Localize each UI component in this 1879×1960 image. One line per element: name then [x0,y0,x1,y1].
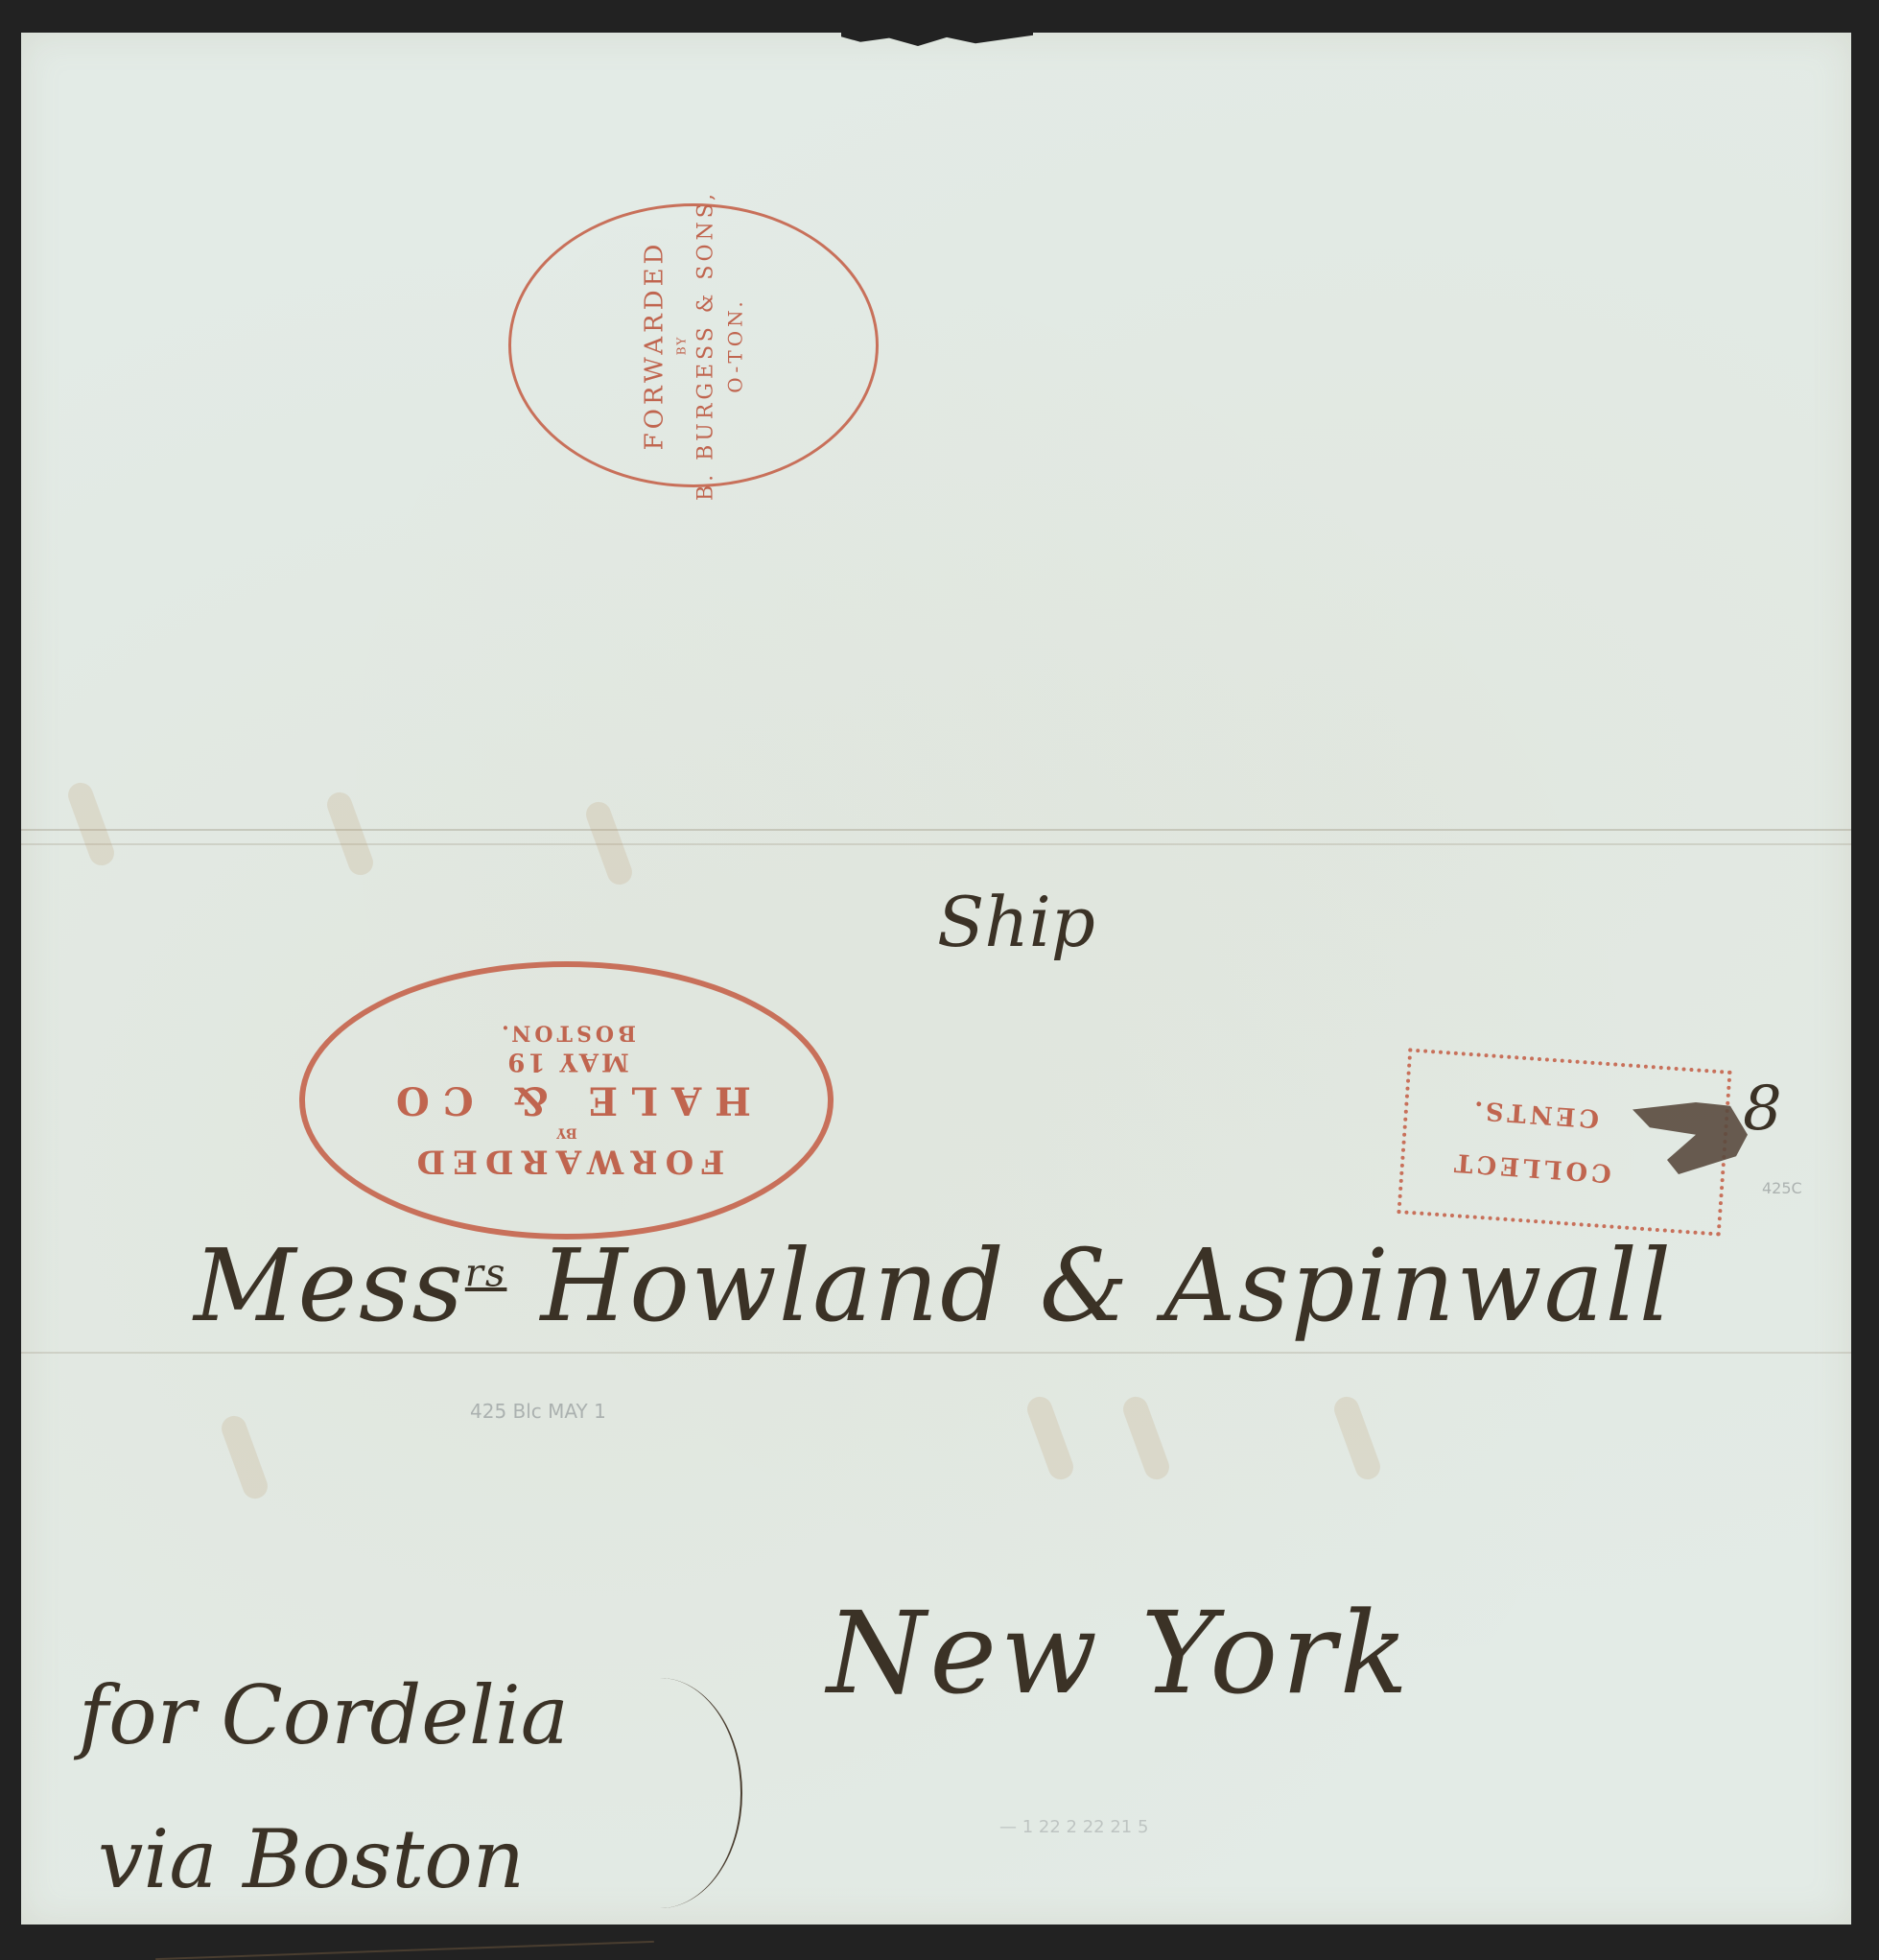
fold-line [21,829,1851,831]
toning-stain [64,779,117,868]
addressee-superscript: rs [465,1251,507,1295]
handstamp-text: FORWARDED [641,241,669,451]
handstamp-text: BY [556,1125,577,1141]
underline-flourish [155,1941,654,1960]
addressee-name: Howland & Aspinwall [541,1227,1674,1344]
burgess-forwarder-handstamp: FORWARDED BY B. BURGESS & SONS, O-TON. [508,203,879,487]
handstamp-text: BY [675,336,689,356]
toning-stain [323,789,376,878]
handstamp-text: BOSTON. [498,1021,636,1046]
handstamp-text: HALE & CO [382,1078,750,1123]
handstamp-date: MAY 19 [505,1048,628,1076]
ship-marking: Ship [937,882,1095,962]
handstamp-text: FORWARDED [409,1143,724,1181]
toning-stain [1330,1393,1383,1482]
fold-line [21,843,1851,845]
handstamp-text: COLLECT [1449,1146,1611,1187]
toning-stain [1023,1393,1076,1482]
addressee-prefix: Mess [194,1227,465,1344]
manuscript-rate: 8 [1743,1074,1782,1145]
routing-via: via Boston [98,1812,525,1906]
pencil-notation: 425C [1762,1179,1802,1197]
pencil-notation: 425 Blc MAY 1 [470,1400,606,1423]
fold-line [21,1352,1851,1354]
collect-cents-rate-handstamp: COLLECT CENTS. [1397,1048,1731,1236]
hale-forwarder-handstamp: FORWARDED BY HALE & CO MAY 19 BOSTON. [299,961,834,1240]
toning-stain [218,1412,270,1501]
handstamp-text: O-TON. [724,297,747,393]
toning-stain [1119,1393,1172,1482]
handstamp-text: B. BURGESS & SONS, [694,190,718,501]
routing-ship-name: for Cordelia [79,1668,569,1762]
pencil-notation: — 1 22 2 22 21 5 [999,1817,1148,1837]
handstamp-text: CENTS. [1469,1095,1600,1132]
torn-top-edge [841,33,1033,46]
letter-sheet: FORWARDED BY B. BURGESS & SONS, O-TON. S… [21,33,1851,1925]
destination-city: New York [827,1587,1412,1719]
addressee-line: Messrs Howland & Aspinwall [194,1227,1673,1344]
routing-brace-flourish [577,1678,742,1908]
